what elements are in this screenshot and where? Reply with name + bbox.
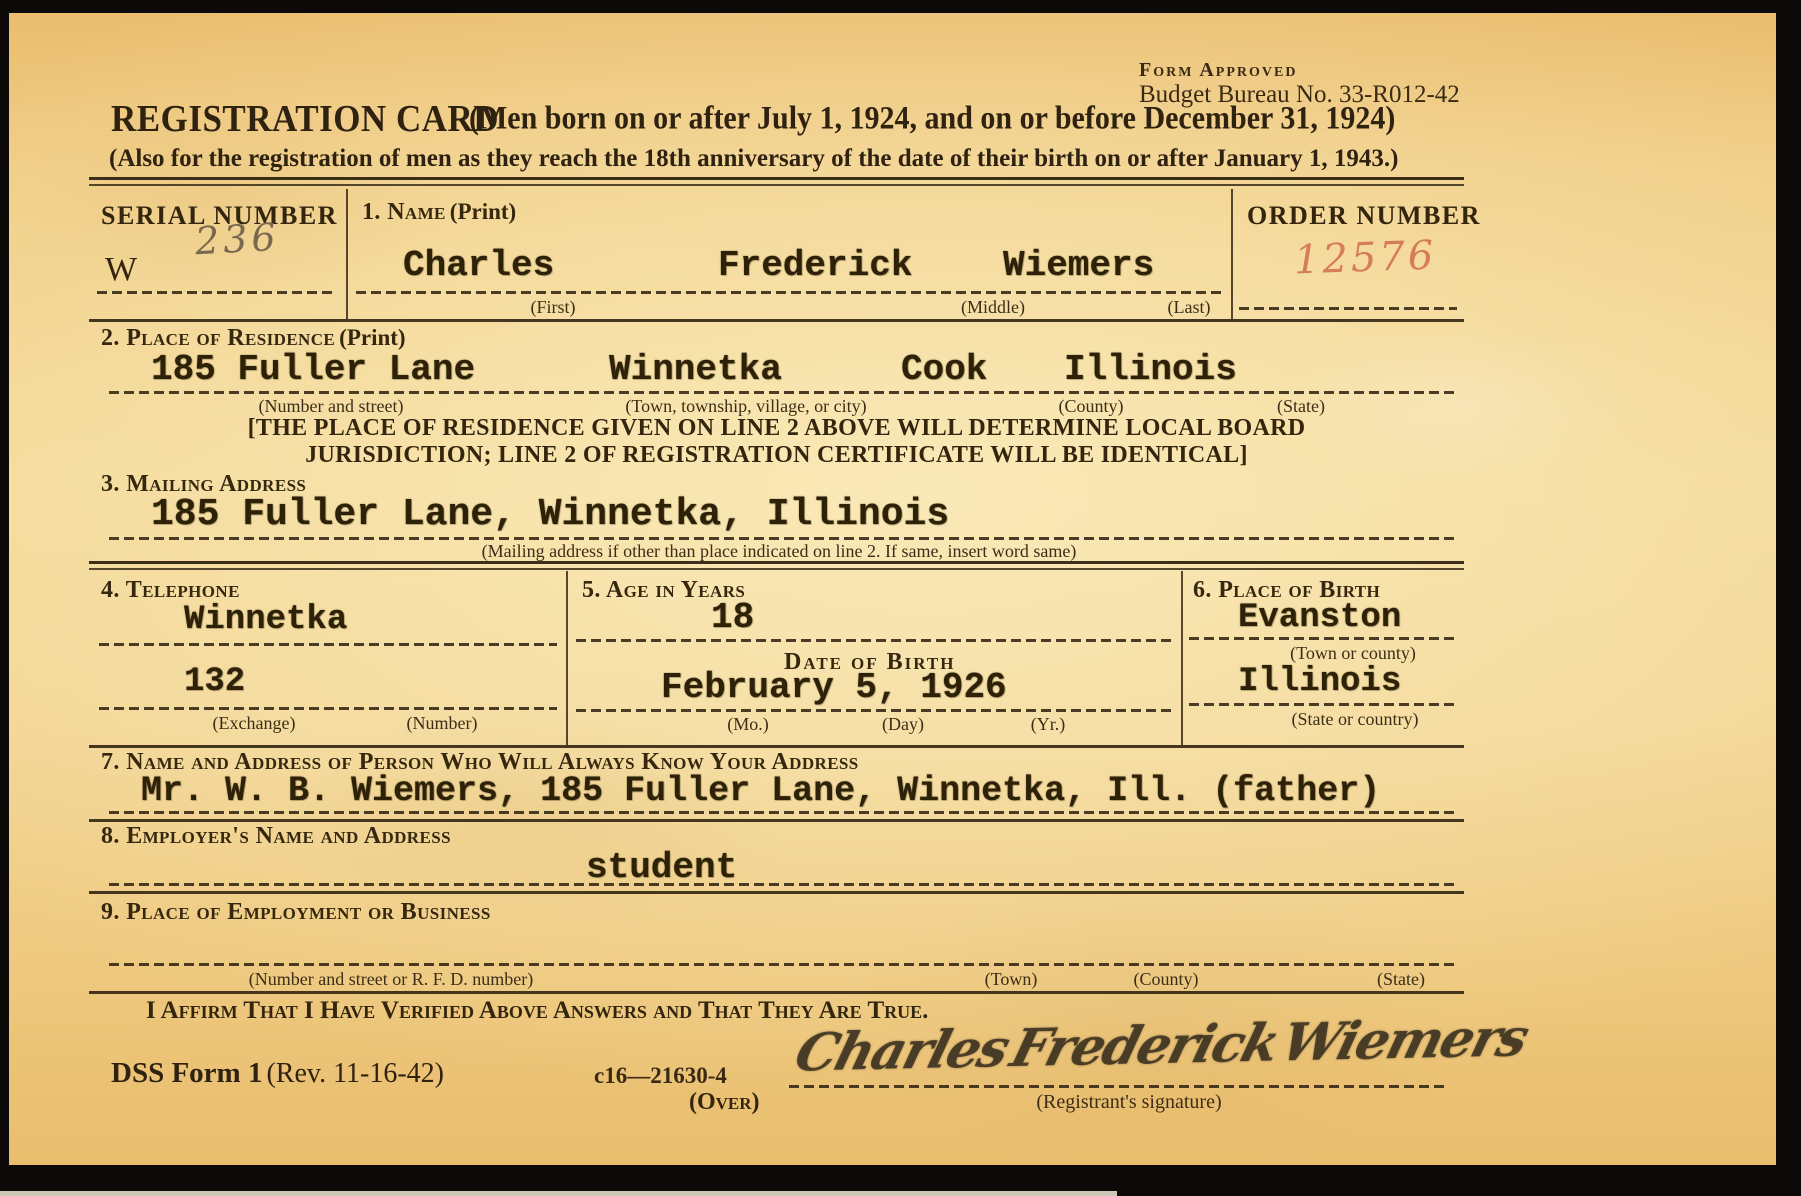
order-value-handwritten: 12576	[1293, 233, 1437, 284]
residence-sub-street: (Number and street)	[259, 396, 404, 417]
residence-sub-town: (Town, township, village, or city)	[625, 396, 866, 417]
jurisdiction-note-line1: [THE PLACE OF RESIDENCE GIVEN ON LINE 2 …	[89, 415, 1464, 442]
birthplace-state-typed: Illinois	[1238, 663, 1401, 701]
row-divider	[89, 745, 1464, 748]
over-note: (Over)	[689, 1089, 760, 1116]
birthplace-town-line	[1189, 637, 1457, 640]
signature-line	[789, 1085, 1449, 1088]
employment-sub-street: (Number and street or R. F. D. number)	[249, 969, 534, 990]
form-approved-label: Form Approved	[1139, 59, 1297, 82]
row-divider	[89, 319, 1464, 322]
dob-value-typed: February 5, 1926	[661, 667, 1007, 708]
residence-label-suffix: (Print)	[339, 325, 405, 350]
name-sub-last: (Last)	[1168, 297, 1211, 318]
subtitle-note: (Also for the registration of men as the…	[109, 145, 1398, 173]
telephone-number-line	[99, 707, 557, 710]
card-title: REGISTRATION CARD	[111, 97, 499, 141]
card-paper: Form Approved Budget Bureau No. 33-R012-…	[9, 13, 1776, 1165]
section-divider	[89, 561, 1464, 570]
residence-street-typed: 185 Fuller Lane	[151, 349, 475, 390]
subtitle-line: (Also for the registration of men as the…	[89, 145, 1464, 175]
mailing-entry-line	[109, 537, 1454, 540]
telephone-exchange-typed: Winnetka	[184, 601, 347, 639]
title-eligibility-note: (Men born on or after July 1, 1924, and …	[469, 100, 1395, 137]
form-id: DSS Form 1	[111, 1057, 262, 1089]
scanned-registration-card: Form Approved Budget Bureau No. 33-R012-…	[0, 0, 1801, 1196]
age-entry-line	[576, 639, 1173, 642]
employment-entry-line	[109, 963, 1459, 966]
residence-county-typed: Cook	[901, 349, 987, 390]
print-code: c16—21630-4	[594, 1063, 727, 1089]
birthplace-sub-town: (Town or county)	[1290, 643, 1416, 664]
name-label-line: 1. Name (Print)	[362, 199, 516, 226]
telephone-exchange-line	[99, 643, 557, 646]
dob-sub-year: (Yr.)	[1031, 714, 1066, 735]
telephone-sub-exchange: (Exchange)	[213, 713, 296, 734]
row-employment: 9. Place of Employment or Business (Numb…	[89, 899, 1464, 991]
column-divider	[1181, 571, 1183, 745]
row-residence: 2. Place of Residence (Print) 185 Fuller…	[89, 323, 1464, 413]
employer-entry-line	[109, 883, 1459, 886]
telephone-sub-number: (Number)	[407, 713, 478, 734]
dob-sub-day: (Day)	[882, 714, 924, 735]
row-employer: 8. Employer's Name and Address student	[89, 823, 1464, 891]
serial-entry-line	[97, 291, 337, 294]
age-value-typed: 18	[711, 597, 754, 638]
column-divider	[1231, 189, 1233, 319]
employment-label: 9. Place of Employment or Business	[101, 899, 491, 926]
section-divider	[89, 991, 1464, 994]
employment-sub-county: (County)	[1134, 969, 1199, 990]
birthplace-sub-state: (State or country)	[1292, 709, 1419, 730]
telephone-label: 4. Telephone	[101, 577, 240, 604]
employer-label: 8. Employer's Name and Address	[101, 823, 451, 850]
name-middle-typed: Frederick	[718, 245, 912, 286]
row-mailing-address: 3. Mailing Address 185 Fuller Lane, Winn…	[89, 471, 1464, 559]
form-id-line: DSS Form 1 (Rev. 11-16-42)	[111, 1057, 444, 1090]
residence-label: 2. Place of Residence	[101, 325, 335, 351]
title-line: REGISTRATION CARD (Men born on or after …	[89, 97, 1464, 148]
registration-form: Form Approved Budget Bureau No. 33-R012-…	[89, 13, 1464, 1165]
dob-entry-line	[576, 709, 1173, 712]
name-label-suffix: (Print)	[450, 199, 516, 224]
name-last-typed: Wiemers	[1003, 245, 1154, 286]
footer: DSS Form 1 (Rev. 11-16-42) c16—21630-4 (…	[89, 1029, 1464, 1149]
registrant-signature: Charles Frederick Wiemers	[789, 1007, 1534, 1083]
serial-prefix: W	[105, 251, 137, 289]
birthplace-town-typed: Evanston	[1238, 599, 1401, 637]
residence-label-line: 2. Place of Residence (Print)	[101, 325, 406, 352]
birthplace-state-line	[1189, 703, 1457, 706]
mailing-value-typed: 185 Fuller Lane, Winnetka, Illinois	[151, 493, 949, 536]
row-telephone-age-birth: 4. Telephone Winnetka 132 (Exchange) (Nu…	[89, 571, 1464, 745]
residence-town-typed: Winnetka	[609, 349, 782, 390]
dob-sub-month: (Mo.)	[727, 714, 769, 735]
row-divider	[89, 891, 1464, 894]
column-divider	[566, 571, 568, 745]
telephone-number-typed: 132	[184, 663, 245, 701]
contact-entry-line	[109, 811, 1459, 814]
employment-sub-state: (State)	[1377, 969, 1425, 990]
employment-sub-town: (Town)	[985, 969, 1038, 990]
row-contact-person: 7. Name and Address of Person Who Will A…	[89, 749, 1464, 819]
jurisdiction-note: [THE PLACE OF RESIDENCE GIVEN ON LINE 2 …	[89, 415, 1464, 471]
contact-value-typed: Mr. W. B. Wiemers, 185 Fuller Lane, Winn…	[141, 771, 1380, 811]
signature-sub-label: (Registrant's signature)	[1036, 1091, 1221, 1114]
residence-sub-state: (State)	[1277, 396, 1325, 417]
residence-entry-line	[109, 391, 1454, 394]
residence-sub-county: (County)	[1059, 396, 1124, 417]
jurisdiction-note-line2: JURISDICTION; LINE 2 OF REGISTRATION CER…	[89, 442, 1464, 469]
mailing-sub-note: (Mailing address if other than place ind…	[482, 541, 1077, 562]
name-label: 1. Name	[362, 199, 446, 225]
scan-edge-artifact	[0, 1191, 1117, 1196]
row-serial-name-order: SERIAL NUMBER W 236 1. Name (Print) Char…	[89, 189, 1464, 319]
employer-value-typed: student	[586, 847, 737, 888]
row-divider	[89, 819, 1464, 822]
signature-block: Charles Frederick Wiemers (Registrant's …	[789, 1013, 1461, 1123]
form-revision: (Rev. 11-16-42)	[266, 1058, 444, 1089]
order-number-label: ORDER NUMBER	[1247, 201, 1481, 231]
header-divider	[89, 177, 1464, 186]
name-first-typed: Charles	[403, 245, 554, 286]
residence-state-typed: Illinois	[1064, 349, 1237, 390]
serial-value-handwritten: 236	[194, 215, 281, 263]
order-entry-line	[1239, 307, 1457, 310]
name-sub-first: (First)	[531, 297, 576, 318]
name-entry-line	[356, 291, 1223, 294]
column-divider	[346, 189, 348, 319]
name-sub-middle: (Middle)	[961, 297, 1025, 318]
